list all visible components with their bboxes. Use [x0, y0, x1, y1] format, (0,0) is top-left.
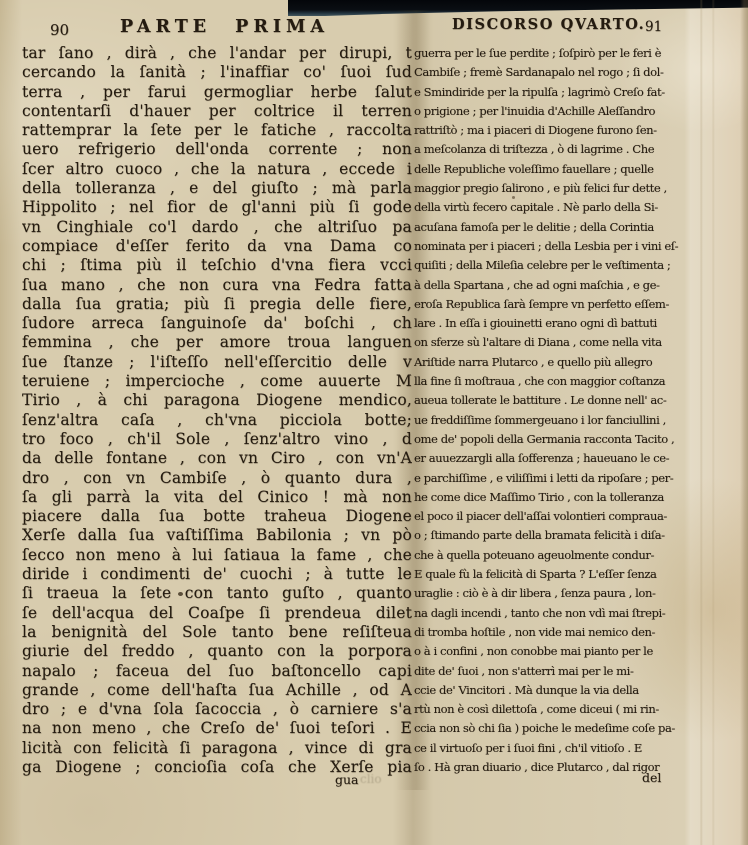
- text-line: piacere dalla ſua botte traheua Diogenee…: [22, 507, 722, 526]
- book-gap-shadow: [288, 0, 748, 16]
- left-page-line: ſcer altro cuoco , che la natura , ecced…: [22, 160, 412, 179]
- right-catchword: del: [642, 770, 661, 785]
- right-page-line: on sferze sù l'altare di Diana , come ne…: [414, 333, 692, 352]
- right-page-line: er auuezzargli alla ſofferenza ; haueuan…: [414, 449, 692, 468]
- left-page-line: piacere dalla ſua botte traheua Diogene: [22, 507, 412, 526]
- text-line: ſenz'altra caſa , ch'vna picciola botte;…: [22, 411, 722, 430]
- left-page-line: ſenz'altra caſa , ch'vna picciola botte;: [22, 411, 412, 430]
- left-page-line: grande , come dell'haſta ſua Achille , o…: [22, 681, 412, 700]
- right-page-line: eroſa Republica ſarà ſempre vn perfetto …: [414, 295, 692, 314]
- left-running-title: PARTE PRIMA: [120, 17, 329, 37]
- book-scan-photo: 90 PARTE PRIMA DISCORSO QVARTO. 91 tar ſ…: [0, 0, 748, 845]
- text-line: na non meno , che Creſo de' ſuoi teſori …: [22, 719, 722, 738]
- right-page-line: el poco il piacer dell'aſſai volontieri …: [414, 507, 692, 526]
- right-page-line: dite de' ſuoi , non s'atterrì mai per le…: [414, 662, 692, 681]
- left-page-line: terra , per farui germogliar herbe ſalut: [22, 83, 412, 102]
- right-page-number: 91: [645, 19, 662, 35]
- right-page-line: che à quella poteuano ageuolmente condur…: [414, 546, 692, 565]
- text-line: diride i condimenti de' cuochi ; à tutte…: [22, 565, 722, 584]
- left-page-line: na non meno , che Creſo de' ſuoi teſori …: [22, 719, 412, 738]
- right-page-line: maggior pregio ſalirono , e più felici f…: [414, 179, 692, 198]
- left-page-line: napalo ; faceua del ſuo baſtoncello capi: [22, 662, 412, 681]
- text-line: ſcer altro cuoco , che la natura , ecced…: [22, 160, 722, 179]
- text-line: giurie del freddo , quanto con la porpor…: [22, 642, 722, 661]
- right-page-line: na dagli incendi , tanto che non vdì mai…: [414, 604, 692, 623]
- text-line: compiace d'eſſer ferito da vna Dama cono…: [22, 237, 722, 256]
- right-page-line: Ariſtide narra Plutarco , e quello più a…: [414, 353, 692, 372]
- left-page-line: vn Cinghiale co'l dardo , che altriſuo p…: [22, 218, 412, 237]
- right-running-title: DISCORSO QVARTO.: [452, 16, 645, 33]
- left-page-line: Hippolito ; nel fior de gl'anni più ſi g…: [22, 198, 412, 217]
- text-line: ſa gli parrà la vita del Cinico ! mà non…: [22, 488, 722, 507]
- left-page-line: ſudore arreca ſanguinoſe da' boſchi , ch: [22, 314, 412, 333]
- right-page-line: o à i confini , non conobbe mai pianto p…: [414, 642, 692, 661]
- left-page-line: tar ſano , dirà , che l'andar per dirupi…: [22, 44, 412, 63]
- right-page-line: ome de' popoli della Germania racconta T…: [414, 430, 692, 449]
- left-page-line: uero refrigerio dell'onda corrente ; non: [22, 140, 412, 159]
- right-page-line: a meſcolanza di triſtezza , ò di lagrime…: [414, 140, 692, 159]
- right-page-line: uraglie : ciò è à dir libera , ſenza pau…: [414, 584, 692, 603]
- left-page-line: licità con felicità ſi paragona , vince …: [22, 739, 412, 758]
- left-page-line: dalla ſua gratia; più ſi pregia delle fi…: [22, 295, 412, 314]
- right-page-line: rattriſtò ; ma i piaceri di Diogene furo…: [414, 121, 692, 140]
- left-page-line: la benignità del Sole tanto bene reſiſte…: [22, 623, 412, 642]
- text-line: tar ſano , dirà , che l'andar per dirupi…: [22, 44, 722, 63]
- text-line: Tirio , à chi paragona Diogene mendico,a…: [22, 391, 722, 410]
- text-line: dro ; e d'vna ſola ſacoccia , ò carniere…: [22, 700, 722, 719]
- left-page-line: diride i condimenti de' cuochi ; à tutte…: [22, 565, 412, 584]
- right-page-line: ce il virtuoſo per i ſuoi fini , ch'il v…: [414, 739, 692, 758]
- right-page-line: della virtù fecero capitale . Nè parlo d…: [414, 198, 692, 217]
- show-through-text: clio: [360, 772, 382, 786]
- text-line: cercando la ſanità ; l'inaffiar co' ſuoi…: [22, 63, 722, 82]
- left-page-line: teruiene ; impercioche , come auuerte M: [22, 372, 412, 391]
- text-line: terra , per farui germogliar herbe ſalut…: [22, 83, 722, 102]
- left-page-line: tro foco , ch'il Sole , ſenz'altro vino …: [22, 430, 412, 449]
- left-page-line: dro , con vn Cambiſe , ò quanto dura ,: [22, 469, 412, 488]
- text-line: rattemprar la ſete per le fatiche , racc…: [22, 121, 722, 140]
- text-line: teruiene ; impercioche , come auuerte Ml…: [22, 372, 722, 391]
- right-page-line: delle Republiche voleſſimo fauellare ; q…: [414, 160, 692, 179]
- text-line: ſecco non meno à lui ſatiaua la fame , c…: [22, 546, 722, 565]
- left-page-line: contentarſi d'hauer per coltrice il terr…: [22, 102, 412, 121]
- right-page-line: ccie de' Vincitori . Mà dunque la via de…: [414, 681, 692, 700]
- text-line: Xerſe dalla ſua vaſtiſſima Babilonia ; v…: [22, 526, 722, 545]
- right-page-line: ue freddiſſime ſommergeuano i lor fanciu…: [414, 411, 692, 430]
- right-page-line: aueua tollerate le battiture . Le donne …: [414, 391, 692, 410]
- right-page-line: acuſana famoſa per le delitie ; della Co…: [414, 218, 692, 237]
- left-page-line: ſi traeua la ſete con tanto guſto , quan…: [22, 584, 412, 603]
- right-page-line: à della Spartana , che ad ogni maſchia ,…: [414, 276, 692, 295]
- left-page-line: giurie del freddo , quanto con la porpor…: [22, 642, 412, 661]
- ink-speck: [178, 592, 183, 596]
- text-line: napalo ; faceua del ſuo baſtoncello capi…: [22, 662, 722, 681]
- left-page-line: ſa gli parrà la vita del Cinico ! mà non: [22, 488, 412, 507]
- right-page-line: lare . In eſſa i giouinetti erano ogni d…: [414, 314, 692, 333]
- left-page-line: chi ; ſtima più il teſchio d'vna fiera v…: [22, 256, 412, 275]
- left-page-line: Xerſe dalla ſua vaſtiſſima Babilonia ; v…: [22, 526, 412, 545]
- right-page-line: lla fine ſi moſtraua , che con maggior c…: [414, 372, 692, 391]
- right-page-line: ccia non sò chi ſia ) poiche le medeſime…: [414, 719, 692, 738]
- left-page-line: ſua mano , che non cura vna Fedra fatta: [22, 276, 412, 295]
- left-page-line: cercando la ſanità ; l'inaffiar co' ſuoi…: [22, 63, 412, 82]
- text-line: vn Cinghiale co'l dardo , che altriſuo p…: [22, 218, 722, 237]
- text-line: dalla ſua gratia; più ſi pregia delle fi…: [22, 295, 722, 314]
- right-page-line: rtù non è così dilettoſa , come diceui (…: [414, 700, 692, 719]
- left-page-line: da delle fontane , con vn Ciro , con vn'…: [22, 449, 412, 468]
- text-line: femmina , che per amore troua languenon …: [22, 333, 722, 352]
- right-page-line: o ; ſtimando parte della bramata felicit…: [414, 526, 692, 545]
- text-line: ſudore arreca ſanguinoſe da' boſchi , ch…: [22, 314, 722, 333]
- text-line: ſue ſtanze ; l'iſteſſo nell'eſſercitio d…: [22, 353, 722, 372]
- right-page-line: e parchiſſime , e viliſſimi i letti da r…: [414, 469, 692, 488]
- right-page-line: o prigione ; per l'inuidia d'Achille Ale…: [414, 102, 692, 121]
- left-page-line: della tolleranza , e del giuſto ; mà par…: [22, 179, 412, 198]
- right-page-line: nominata per i piaceri ; della Lesbia pe…: [414, 237, 692, 256]
- text-line: della tolleranza , e del giuſto ; mà par…: [22, 179, 722, 198]
- text-line: licità con felicità ſi paragona , vince …: [22, 739, 722, 758]
- right-page-line: E quale fù la felicità di Sparta ? L'eſſ…: [414, 565, 692, 584]
- left-page-line: dro ; e d'vna ſola ſacoccia , ò carniere…: [22, 700, 412, 719]
- text-line: grande , come dell'haſta ſua Achille , o…: [22, 681, 722, 700]
- text-line: Hippolito ; nel fior de gl'anni più ſi g…: [22, 198, 722, 217]
- text-line: chi ; ſtima più il teſchio d'vna fiera v…: [22, 256, 722, 275]
- text-line: ſua mano , che non cura vna Fedra fattaà…: [22, 276, 722, 295]
- right-page-line: quiſiti ; della Mileſia celebre per le v…: [414, 256, 692, 275]
- right-page-line: guerra per le ſue perdite ; ſoſpirò per …: [414, 44, 692, 63]
- text-line: uero refrigerio dell'onda corrente ; non…: [22, 140, 722, 159]
- left-page-line: ſe dell'acqua del Coaſpe ſi prendeua dil…: [22, 604, 412, 623]
- left-page-line: ſue ſtanze ; l'iſteſſo nell'eſſercitio d…: [22, 353, 412, 372]
- left-page-line: compiace d'eſſer ferito da vna Dama co: [22, 237, 412, 256]
- left-page-line: rattemprar la ſete per le fatiche , racc…: [22, 121, 412, 140]
- text-line: ſe dell'acqua del Coaſpe ſi prendeua dil…: [22, 604, 722, 623]
- right-page-line: he come dice Maſſimo Tirio , con la toll…: [414, 488, 692, 507]
- text-line: contentarſi d'hauer per coltrice il terr…: [22, 102, 722, 121]
- left-page-line: Tirio , à chi paragona Diogene mendico,: [22, 391, 412, 410]
- left-catchword: gua: [335, 772, 359, 787]
- text-line: tro foco , ch'il Sole , ſenz'altro vino …: [22, 430, 722, 449]
- right-page-line: di tromba hoſtile , non vide mai nemico …: [414, 623, 692, 642]
- text-line: da delle fontane , con vn Ciro , con vn'…: [22, 449, 722, 468]
- left-page-line: ſecco non meno à lui ſatiaua la fame , c…: [22, 546, 412, 565]
- text-line: ſi traeua la ſete con tanto guſto , quan…: [22, 584, 722, 603]
- ink-speck: [512, 196, 515, 199]
- text-line: dro , con vn Cambiſe , ò quanto dura ,e …: [22, 469, 722, 488]
- right-page-line: Cambiſe ; fremè Sardanapalo nel rogo ; ſ…: [414, 63, 692, 82]
- left-page-number: 90: [50, 21, 69, 39]
- text-rows: tar ſano , dirà , che l'andar per dirupi…: [22, 44, 722, 777]
- right-page-line: e Smindiride per la ripulſa ; lagrimò Cr…: [414, 83, 692, 102]
- text-line: la benignità del Sole tanto bene reſiſte…: [22, 623, 722, 642]
- left-page-line: femmina , che per amore troua languen: [22, 333, 412, 352]
